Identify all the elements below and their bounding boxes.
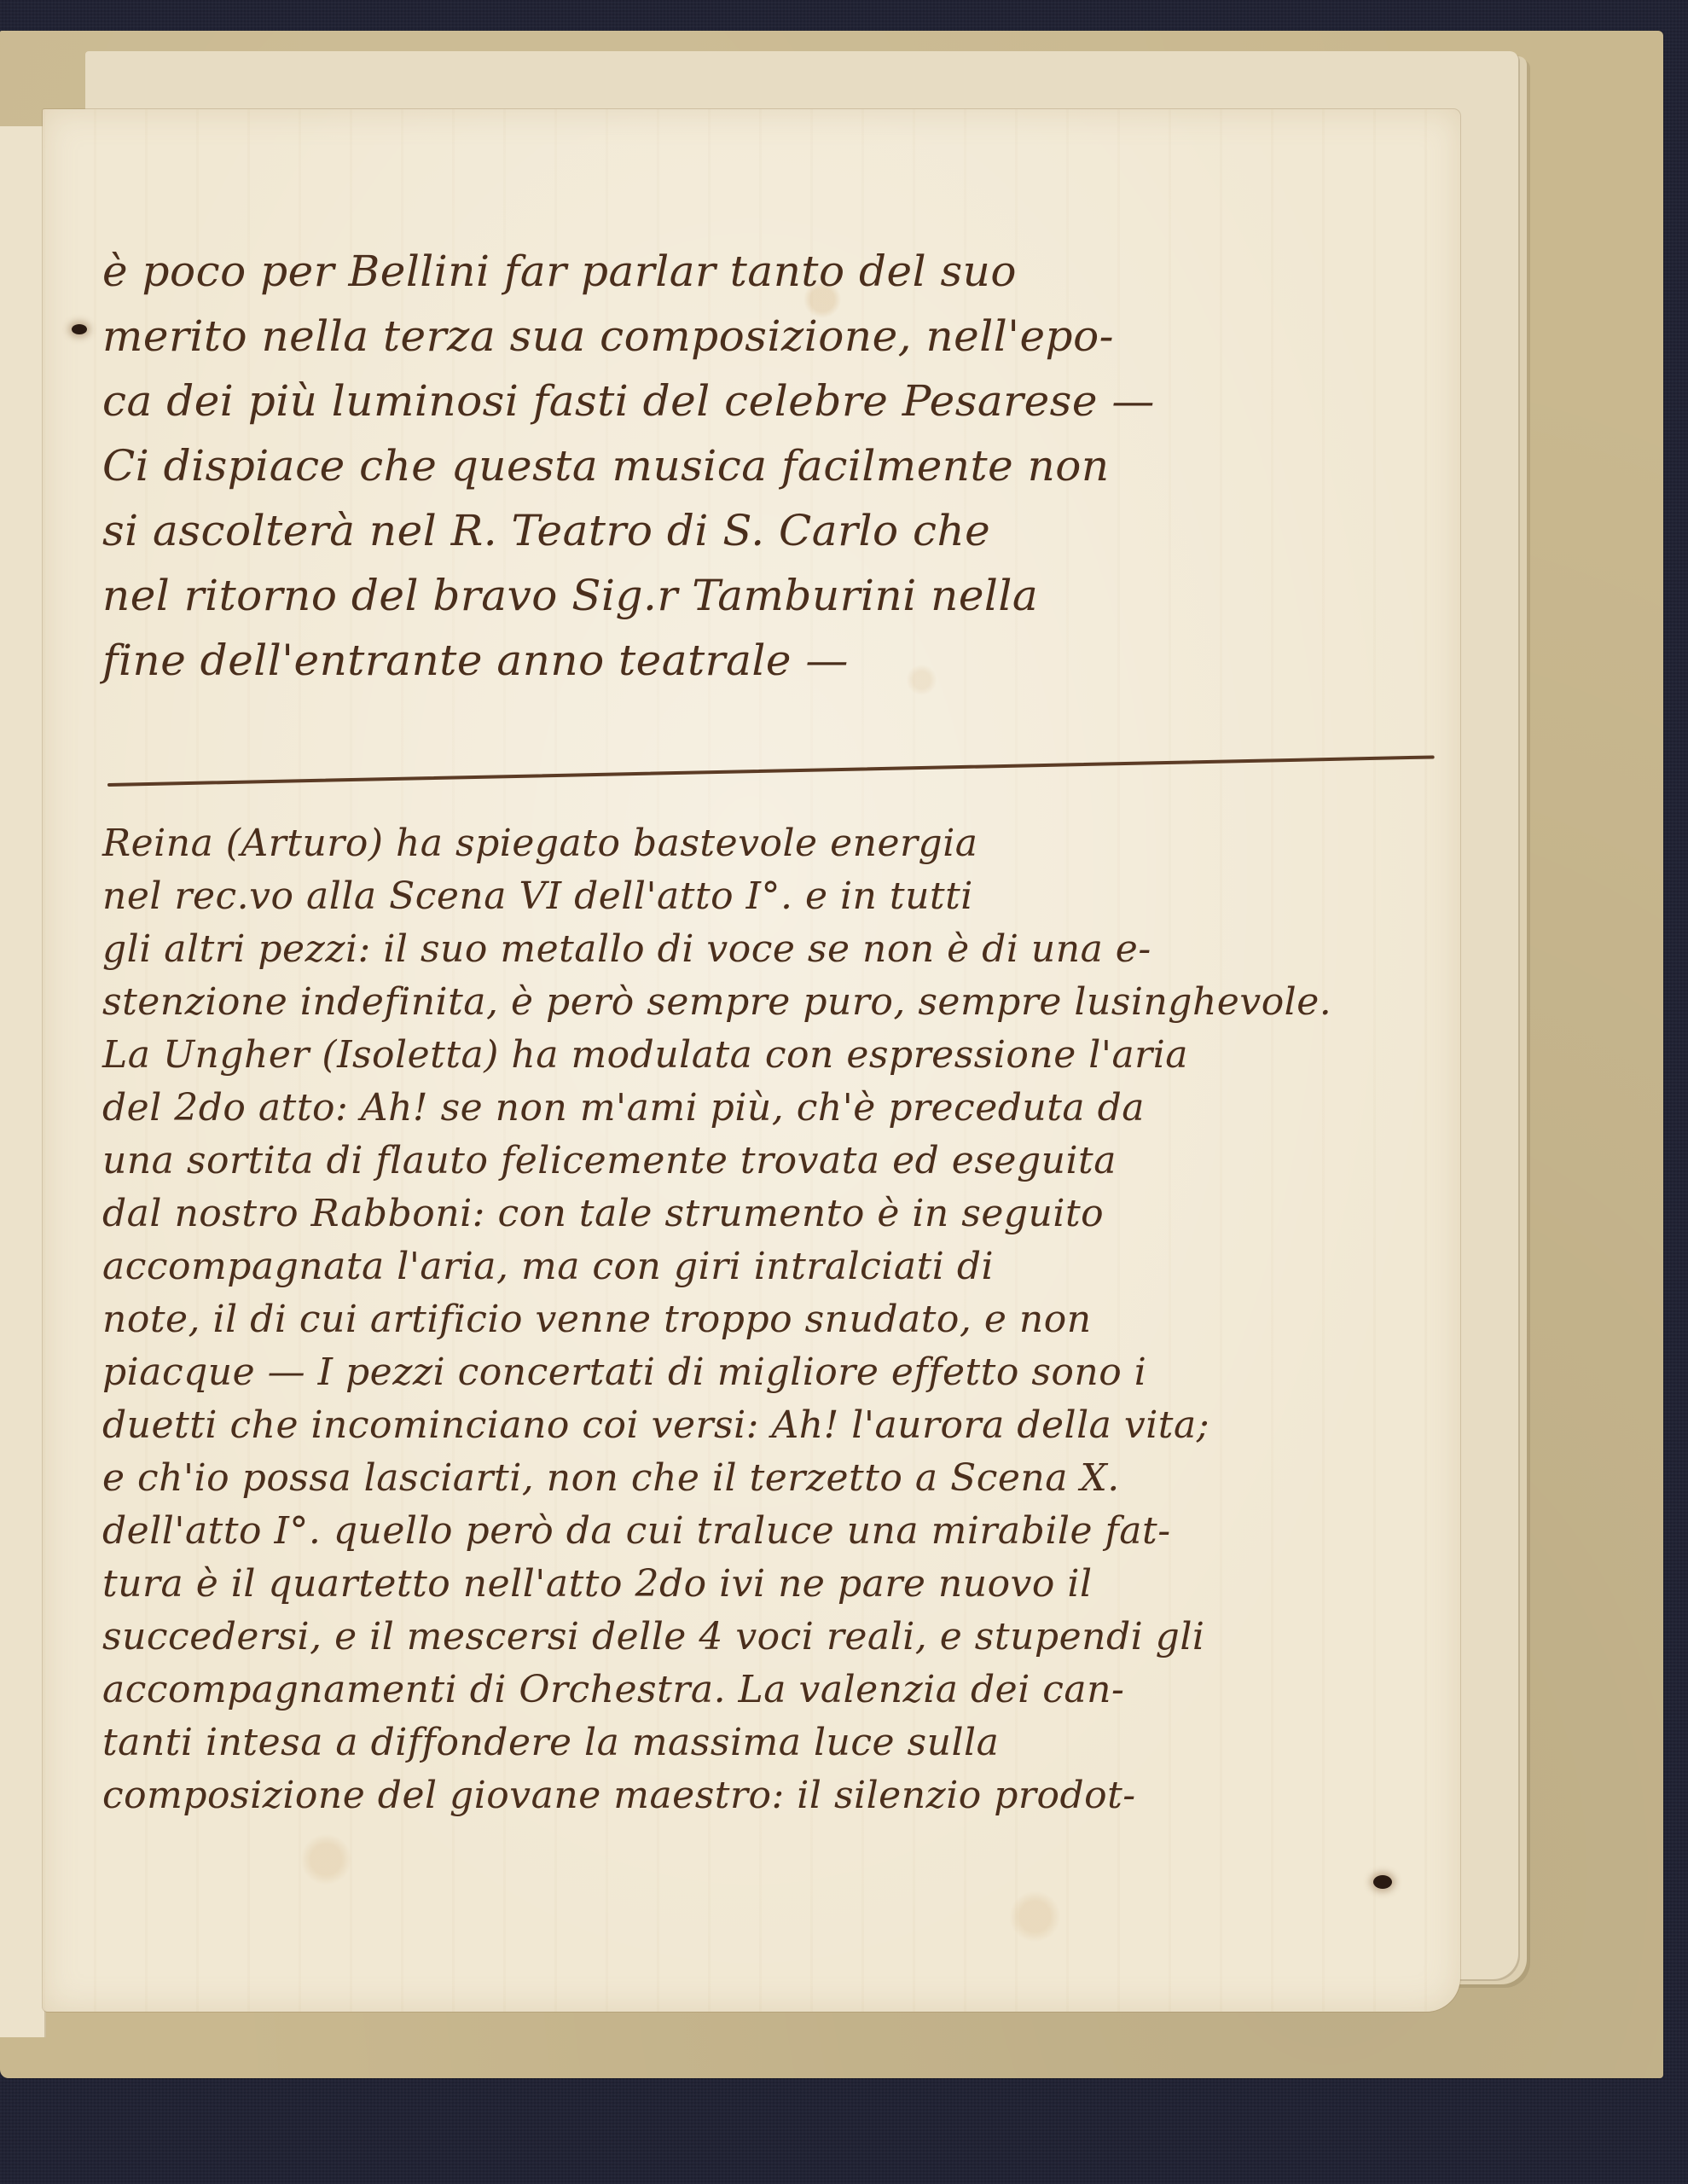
text-line: composizione del giovane maestro: il sil… <box>102 1769 1433 1822</box>
text-line: tura è il quartetto nell'atto 2do ivi ne… <box>102 1558 1433 1611</box>
text-line: note, il di cui artificio venne troppo s… <box>102 1293 1433 1346</box>
text-line: ca dei più luminosi fasti del celebre Pe… <box>102 369 1433 433</box>
text-line: accompagnata l'aria, ma con giri intralc… <box>102 1240 1433 1293</box>
text-line: tanti intesa a diffondere la massima luc… <box>102 1716 1433 1769</box>
text-line: merito nella terza sua composizione, nel… <box>102 304 1433 369</box>
facing-page-edge <box>0 126 46 2037</box>
text-line: si ascolterà nel R. Teatro di S. Carlo c… <box>102 498 1433 563</box>
text-line: dell'atto I°. quello però da cui traluce… <box>102 1505 1433 1558</box>
text-line: del 2do atto: Ah! se non m'ami più, ch'è… <box>102 1082 1433 1135</box>
section-divider-line <box>107 755 1435 787</box>
text-line: dal nostro Rabboni: con tale strumento è… <box>102 1188 1433 1240</box>
text-line: fine dell'entrante anno teatrale — <box>102 628 1433 693</box>
text-line: nel rec.vo alla Scena VI dell'atto I°. e… <box>102 870 1433 923</box>
manuscript-page: è poco per Bellini far parlar tanto del … <box>43 109 1460 2012</box>
text-line: succedersi, e il mescersi delle 4 voci r… <box>102 1611 1433 1664</box>
text-line: La Ungher (Isoletta) ha modulata con esp… <box>102 1029 1433 1082</box>
text-line: piacque — I pezzi concertati di migliore… <box>102 1346 1433 1399</box>
paragraph-bellini-review: è poco per Bellini far parlar tanto del … <box>102 239 1433 693</box>
text-line: stenzione indefinita, è però sempre puro… <box>102 976 1433 1029</box>
text-line: Reina (Arturo) ha spiegato bastevole ene… <box>102 817 1433 870</box>
text-line: accompagnamenti di Orchestra. La valenzi… <box>102 1664 1433 1716</box>
ink-blot-mark <box>1373 1875 1392 1889</box>
text-line: è poco per Bellini far parlar tanto del … <box>102 239 1433 304</box>
text-line: duetti che incominciano coi versi: Ah! l… <box>102 1399 1433 1452</box>
text-line: una sortita di flauto felicemente trovat… <box>102 1135 1433 1188</box>
text-line: e ch'io possa lasciarti, non che il terz… <box>102 1452 1433 1505</box>
text-line: nel ritorno del bravo Sig.r Tamburini ne… <box>102 563 1433 628</box>
text-line: Ci dispiace che questa musica facilmente… <box>102 433 1433 498</box>
text-line: gli altri pezzi: il suo metallo di voce … <box>102 923 1433 976</box>
ink-blot-mark <box>72 324 87 334</box>
paragraph-singers-review: Reina (Arturo) ha spiegato bastevole ene… <box>102 817 1433 1822</box>
